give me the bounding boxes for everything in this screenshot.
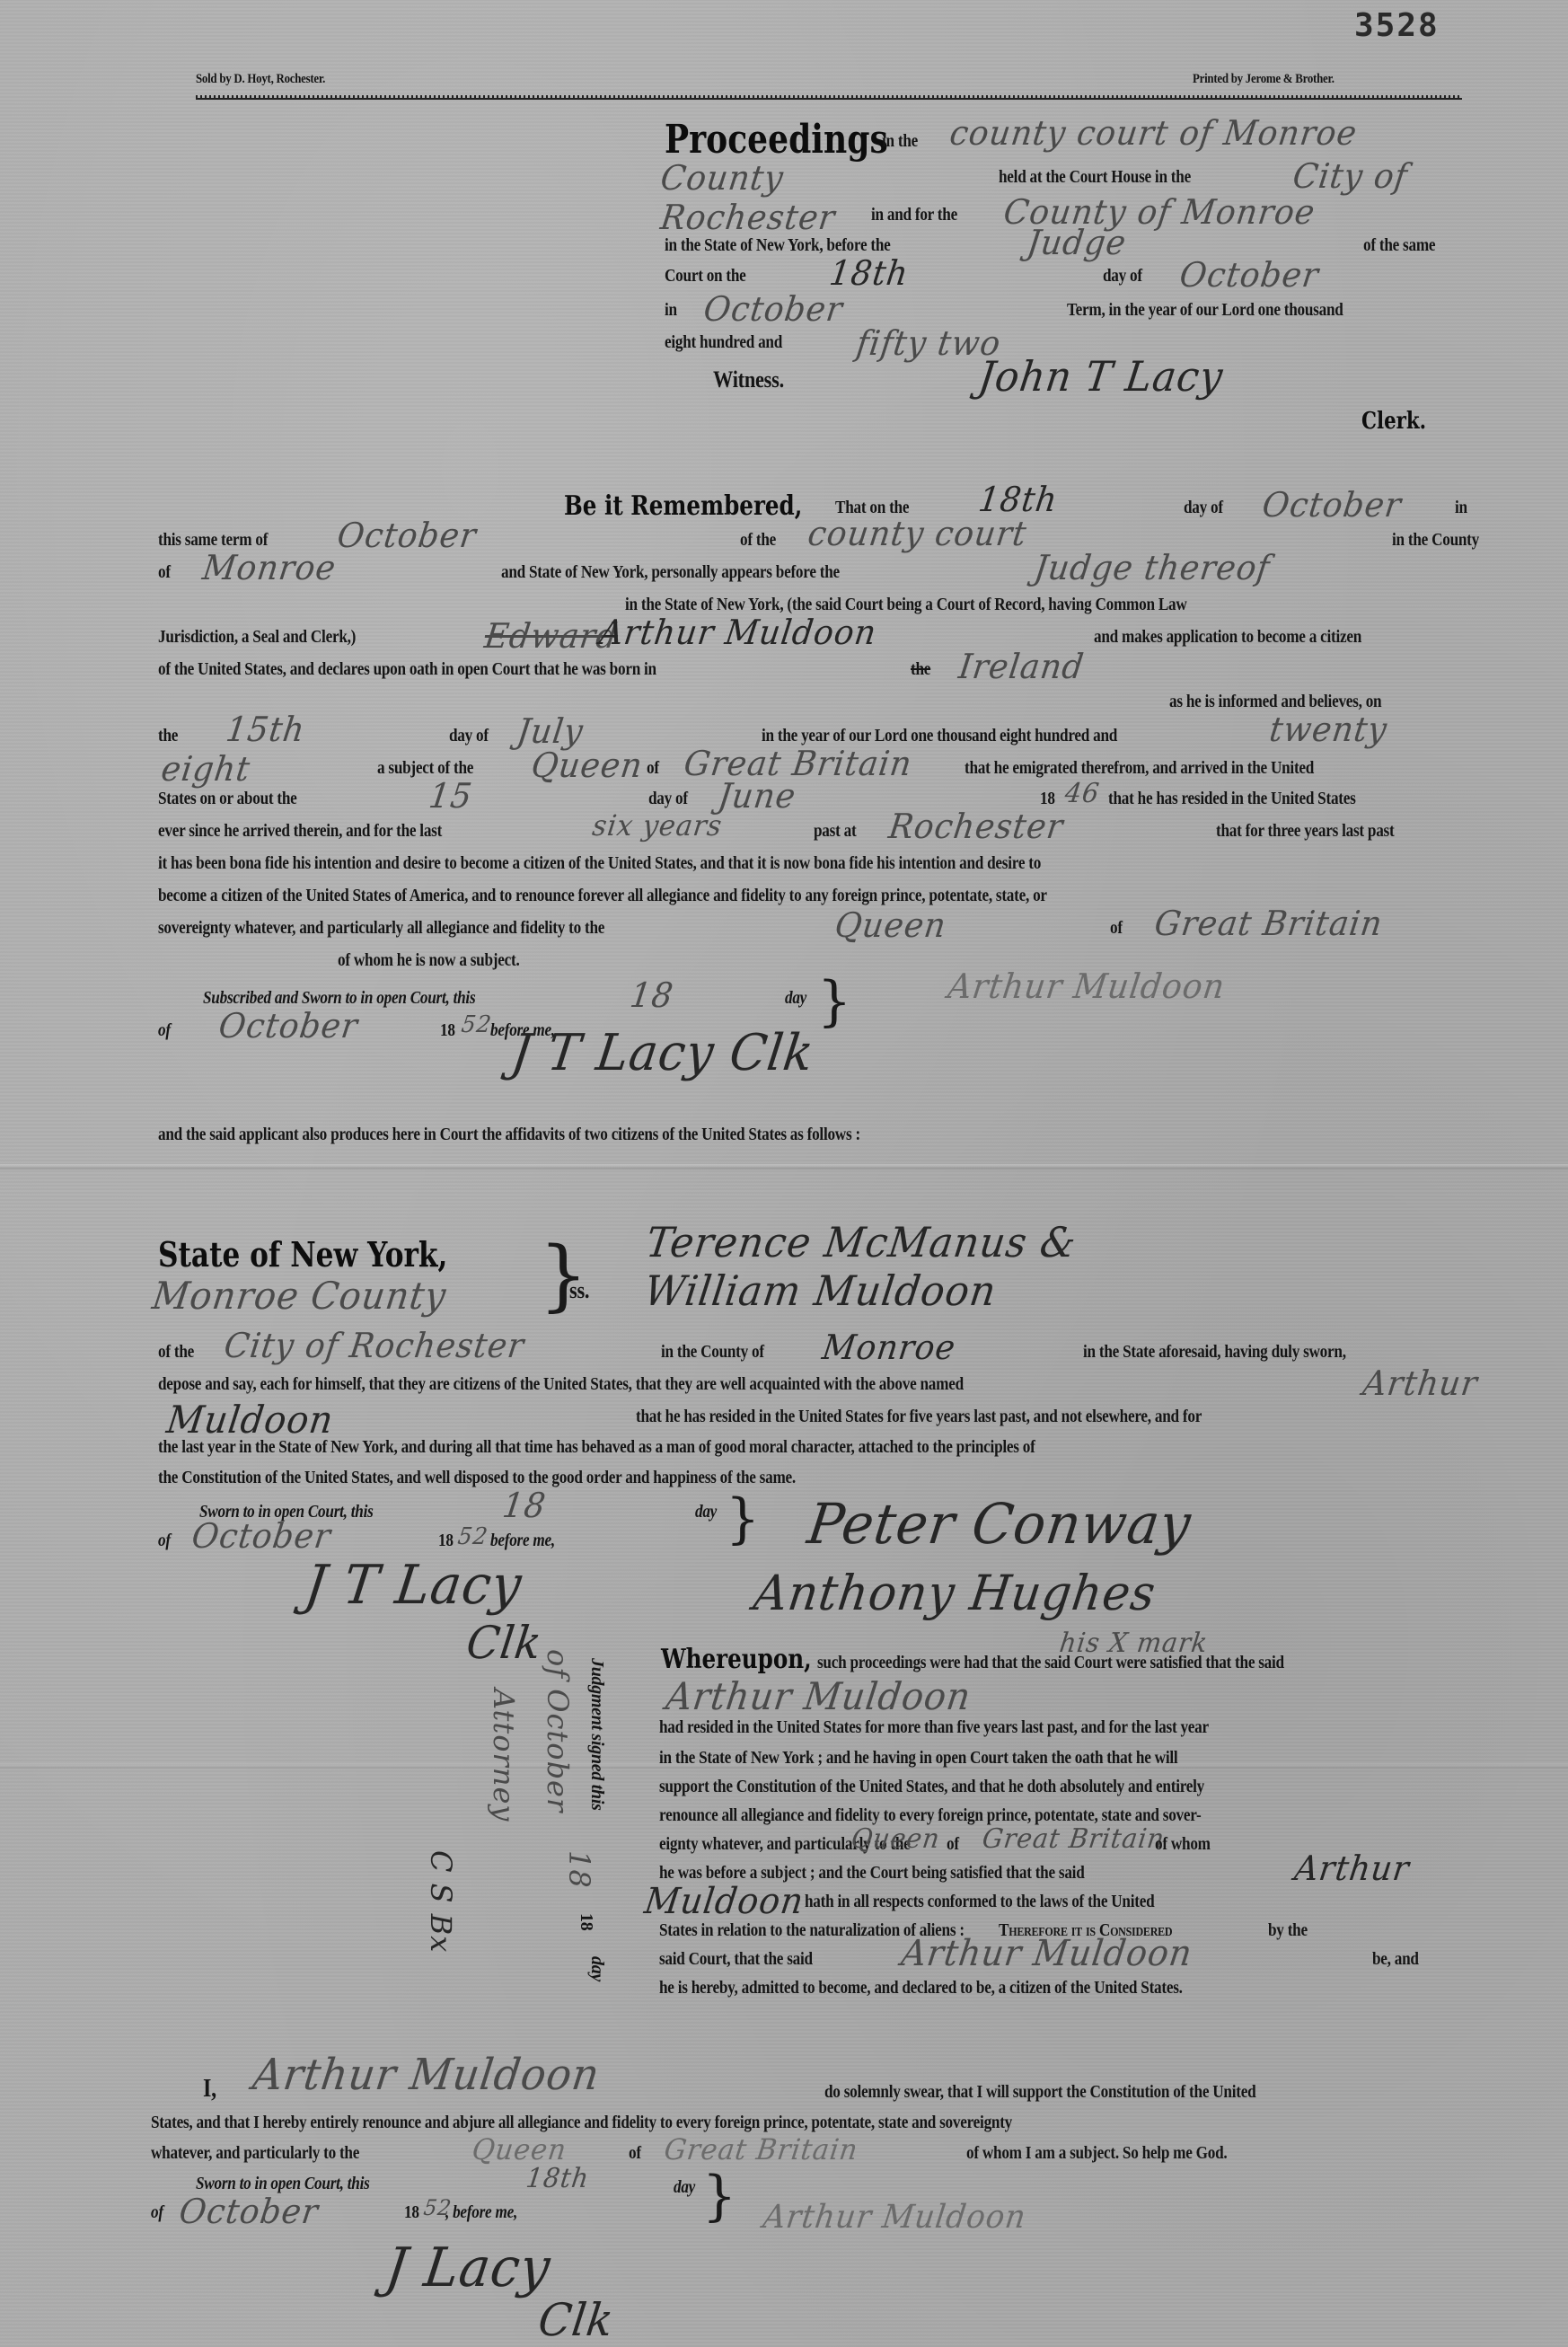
witness-signature: Anthony Hughes: [751, 1565, 1159, 1621]
clerk-signature: J T Lacy Clk: [508, 1024, 817, 1082]
handwritten-place: Rochester: [886, 807, 1066, 846]
handwritten-name: Arthur Muldoon: [250, 2050, 603, 2100]
handwritten-city: City of Rochester: [222, 1326, 527, 1365]
handwritten-birthplace: Ireland: [956, 647, 1087, 686]
fold-crease: [0, 1164, 1568, 1169]
handwritten-sovereign: Queen: [529, 746, 645, 785]
header-rule: [196, 95, 1462, 100]
label: day: [674, 2177, 695, 2198]
handwritten-day: 18: [500, 1486, 549, 1525]
label: sovereignty whatever, and particularly a…: [158, 918, 604, 939]
clerk-signature: J T Lacy: [301, 1554, 525, 1617]
label: do solemnly swear, that I will support t…: [824, 2082, 1255, 2103]
handwritten-note: Attorney: [487, 1689, 521, 1822]
label: Court on the: [665, 266, 746, 287]
handwritten-month: October: [1260, 485, 1404, 525]
handwritten-applicant-name: Arthur Muldoon: [597, 613, 879, 652]
witness-label: Witness.: [713, 366, 784, 393]
handwritten-term: October: [335, 516, 479, 555]
label: of: [158, 1531, 171, 1551]
label: of the: [740, 530, 776, 551]
handwritten-county: County: [658, 158, 786, 198]
handwritten-name: Muldoon: [642, 1881, 806, 1922]
label: of: [947, 1834, 959, 1855]
label: in: [1455, 498, 1467, 518]
label: , before me,: [445, 2202, 517, 2223]
brace: }: [817, 970, 851, 1033]
label: 18: [438, 1531, 454, 1551]
handwritten-note: C S Bx: [424, 1850, 458, 1953]
handwritten-name: Arthur Muldoon: [899, 1933, 1195, 1974]
handwritten-arrival-month: June: [716, 776, 798, 816]
label: in the State aforesaid, having duly swor…: [1083, 1342, 1346, 1363]
label: of: [151, 2202, 163, 2223]
label: ever since he arrived therein, and for t…: [158, 821, 442, 842]
proceedings-heading: Proceedings: [665, 117, 888, 163]
label: become a citizen of the United States of…: [158, 886, 1047, 906]
remembered-heading: Be it Remembered,: [564, 490, 802, 522]
label: of the same: [1363, 235, 1435, 256]
label: had resided in the United States for mor…: [659, 1717, 1209, 1738]
handwritten-month: October: [189, 1516, 333, 1556]
handwritten-month: of October: [541, 1649, 575, 1813]
label: of: [158, 1020, 171, 1041]
whereupon-heading: Whereupon,: [661, 1644, 812, 1675]
handwritten-month: October: [216, 1006, 360, 1046]
handwritten-years: six years: [590, 808, 724, 843]
handwritten-year: 52: [456, 1523, 489, 1550]
applicant-signature: Arthur Muldoon: [761, 2199, 1028, 2236]
handwritten-year: 52: [460, 1011, 493, 1038]
label: in the County of: [661, 1342, 764, 1363]
handwritten-day: 18th: [827, 253, 911, 293]
handwritten-day: 18: [562, 1850, 596, 1889]
label: of: [647, 758, 659, 779]
label: by the: [1268, 1920, 1308, 1941]
handwritten-judge: Judge thereof: [1032, 548, 1273, 587]
handwritten-birth-year: twenty: [1267, 710, 1389, 749]
handwritten-county: Monroe: [200, 548, 339, 587]
label: in: [665, 300, 677, 321]
label: in the State of New York ; and he having…: [659, 1748, 1177, 1769]
label: that he emigrated therefrom, and arrived…: [965, 758, 1314, 779]
label: be, and: [1372, 1949, 1419, 1970]
handwritten-day: 18: [628, 975, 676, 1015]
document-number: 3528: [1354, 7, 1440, 44]
label: of the: [158, 1342, 194, 1363]
label: of the United States, and declares upon …: [158, 659, 656, 680]
label: said Court, that the said: [659, 1949, 813, 1970]
label: held at the Court House in the: [999, 167, 1191, 188]
label: day of: [648, 789, 688, 809]
label: of: [158, 562, 171, 583]
witness-signature: Peter Conway: [804, 1491, 1195, 1557]
label: past at: [814, 821, 856, 842]
handwritten-realm: Great Britain: [662, 2132, 859, 2166]
label: hath in all respects conformed to the la…: [805, 1892, 1154, 1912]
label: and State of New York, personally appear…: [501, 562, 840, 583]
handwritten-name: Muldoon: [164, 1398, 337, 1442]
handwritten-arrival-year: 46: [1063, 778, 1102, 809]
label: of whom: [1155, 1834, 1211, 1855]
handwritten-month: October: [1177, 255, 1321, 295]
struck-word: the: [911, 659, 930, 680]
label: and makes application to become a citize…: [1094, 627, 1361, 648]
label: I,: [203, 2075, 216, 2104]
handwritten-witness-names: Terence McManus &: [643, 1218, 1079, 1266]
handwritten-realm: Great Britain: [1152, 904, 1385, 943]
label: such proceedings were had that the said …: [817, 1653, 1284, 1673]
handwritten-witness-names: William Muldoon: [641, 1266, 1000, 1315]
handwritten-sovereign: Queen: [832, 905, 948, 945]
label: day of: [1184, 498, 1223, 518]
label: in and for the: [871, 205, 957, 225]
label: day: [695, 1502, 717, 1522]
label: the last year in the State of New York, …: [158, 1437, 1035, 1458]
state-heading: State of New York,: [158, 1234, 447, 1275]
label: depose and say, each for himself, that t…: [158, 1374, 964, 1395]
applicant-signature: Arthur Muldoon: [946, 966, 1228, 1006]
handwritten-term: October: [701, 289, 845, 329]
handwritten-name: Arthur Muldoon: [664, 1674, 974, 1718]
label: whatever, and particularly to the: [151, 2143, 359, 2164]
clerk-label: Clerk.: [1361, 408, 1426, 435]
label: day: [785, 988, 806, 1009]
seller-imprint: Sold by D. Hoyt, Rochester.: [196, 72, 325, 87]
label: States, and that I hereby entirely renou…: [151, 2113, 1012, 2133]
label: he is hereby, admitted to become, and de…: [659, 1978, 1183, 1998]
label: of whom he is now a subject.: [338, 950, 520, 971]
brace: }: [539, 1231, 588, 1320]
label: day of: [449, 726, 489, 746]
clerk-signature: Clk: [535, 2294, 617, 2346]
handwritten-county: Monroe County: [150, 1274, 449, 1318]
judgment-label: Judgment signed this: [586, 1658, 607, 1811]
label: of: [629, 2143, 641, 2164]
label: 18: [440, 1020, 455, 1041]
label: in the County: [1392, 530, 1479, 551]
label: States on or about the: [158, 789, 297, 809]
label: day: [586, 1956, 607, 1981]
label: the Constitution of the United States, a…: [158, 1468, 796, 1488]
handwritten-county: Monroe: [820, 1328, 958, 1367]
label: of: [1110, 918, 1123, 939]
label: it has been bona fide his intention and …: [158, 853, 1041, 874]
clerk-signature: J Lacy: [382, 2237, 554, 2299]
handwritten-arrival-day: 15: [427, 776, 475, 816]
handwritten-city: City of: [1291, 156, 1410, 196]
label: of whom I am a subject. So help me God.: [966, 2143, 1227, 2164]
label: that he has resided in the United States…: [636, 1407, 1202, 1427]
ss-label: ss.: [569, 1277, 589, 1304]
handwritten-sovereign: Queen: [470, 2132, 568, 2166]
handwritten-birth-year: eight: [159, 749, 252, 789]
handwritten-court: county court of Monroe: [947, 113, 1360, 153]
label: that he has resided in the United States: [1108, 789, 1356, 809]
label: 18: [404, 2202, 419, 2223]
printer-imprint: Printed by Jerome & Brother.: [1193, 72, 1335, 87]
handwritten-birth-day: 15th: [224, 710, 307, 749]
clerk-signature: Clk: [463, 1617, 545, 1669]
label: before me,: [490, 1531, 555, 1551]
label: Jurisdiction, a Seal and Clerk,): [158, 627, 356, 648]
handwritten-judge: Judge: [1025, 223, 1129, 262]
handwritten-day: 18th: [524, 2163, 592, 2194]
label: in the: [882, 131, 918, 152]
label: day of: [1103, 266, 1142, 287]
brace: }: [726, 1487, 760, 1550]
handwritten-month: October: [177, 2192, 321, 2231]
label: the: [158, 726, 178, 746]
witness-signature: John T Lacy: [975, 352, 1226, 401]
handwritten-name: Arthur: [1361, 1363, 1480, 1403]
label: 18: [576, 1913, 596, 1930]
label: Term, in the year of our Lord one thousa…: [1067, 300, 1343, 321]
handwritten-sovereign: Queen: [850, 1823, 942, 1855]
label: that for three years last past: [1216, 821, 1394, 842]
handwritten-name: Arthur: [1292, 1848, 1412, 1888]
brace: }: [702, 2165, 736, 2228]
handwritten-court: county court: [806, 514, 1029, 553]
naturalization-record-page: 3528 Sold by D. Hoyt, Rochester. Printed…: [0, 0, 1568, 2347]
handwritten-realm: Great Britain: [981, 1823, 1167, 1855]
handwritten-rochester: Rochester: [658, 198, 838, 237]
label: support the Constitution of the United S…: [659, 1777, 1204, 1797]
label: and the said applicant also produces her…: [158, 1125, 860, 1145]
label: eight hundred and: [665, 332, 782, 353]
